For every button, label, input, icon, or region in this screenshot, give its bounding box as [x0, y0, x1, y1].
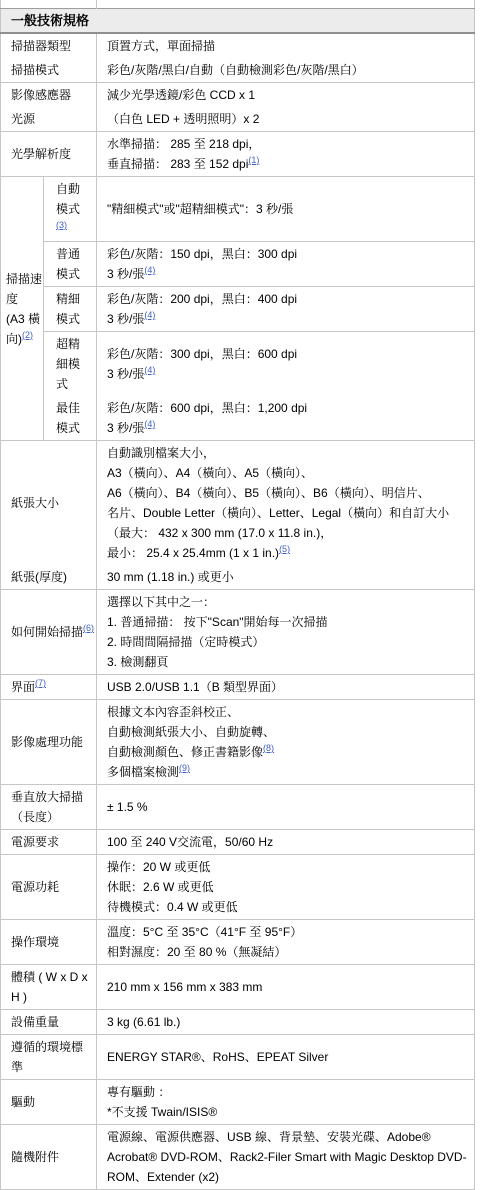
value-text: 彩色/灰階：150 dpi，黑白：300 dpi	[107, 247, 297, 261]
value-text: 30 mm (1.18 in.) 或更小	[107, 570, 234, 584]
value-text: 3. 檢測翻頁	[107, 655, 168, 669]
spec-row-power-consumption: 電源功耗 操作：20 W 或更低 休眠：2.6 W 或更低 待機模式：0.4 W…	[1, 855, 475, 920]
spec-value: 頂置方式，單面掃描	[97, 33, 475, 58]
value-text: 自動檢測紙張大小、自動旋轉、	[107, 725, 275, 739]
value-text: A3（橫向）、A4（橫向）、A5（橫向）、	[107, 466, 313, 480]
value-text: "精細模式"或"超精細模式"：3 秒/張	[107, 202, 293, 216]
spec-label: 掃描器類型	[1, 33, 97, 58]
value-line: A6（橫向）、B4（橫向）、B5（橫向）、B6（橫向）、明信片、	[107, 483, 472, 503]
value-line: 垂直掃描： 283 至 152 dpi(1)	[107, 154, 472, 174]
value-text: 3 秒/張	[107, 267, 144, 281]
value-text: （白色 LED + 透明照明）x 2	[107, 112, 259, 126]
value-text: 休眠：2.6 W 或更低	[107, 880, 214, 894]
label-text: 設備重量	[11, 1015, 59, 1029]
spec-row-how-to-scan: 如何開始掃描(6) 選擇以下其中之一： 1. 普通掃描： 按下"Scan"開始每…	[1, 590, 475, 675]
footnote-link-1[interactable]: (1)	[248, 155, 259, 165]
spec-row-light-source: 光源 （白色 LED + 透明照明）x 2	[1, 107, 475, 132]
label-text: 紙張(厚度)	[11, 570, 67, 584]
spec-row-weight: 設備重量 3 kg (6.61 lb.)	[1, 1010, 475, 1035]
value-line: 2. 時間間隔掃描（定時模式）	[107, 632, 472, 652]
footnote-link-2[interactable]: (2)	[22, 330, 33, 340]
value-line: 相對濕度：20 至 80 %（無凝結）	[107, 942, 472, 962]
spec-row-operating-environment: 操作環境 溫度：5°C 至 35°C（41°F 至 95°F） 相對濕度：20 …	[1, 920, 475, 965]
spec-row-driver: 驅動 專有驅動 ： *不支援 Twain/ISIS®	[1, 1080, 475, 1125]
value-text: 彩色/灰階/黑白/自動（自動檢測彩色/灰階/黑白）	[107, 63, 364, 77]
value-line: 自動檢測紙張大小、自動旋轉、	[107, 722, 472, 742]
value-line: *不支援 Twain/ISIS®	[107, 1102, 472, 1122]
value-line: 待機模式：0.4 W 或更低	[107, 897, 472, 917]
value-text: 垂直掃描： 283 至 152 dpi	[107, 157, 248, 171]
value-text: 多個檔案檢測	[107, 765, 179, 779]
speed-mode-label: 超精細模式	[44, 332, 97, 397]
label-text: 影像處理功能	[11, 735, 83, 749]
mode-text: 精細模式	[56, 292, 80, 326]
spec-label: 體積 ( W x D x H )	[1, 965, 97, 1010]
spec-label: 垂直放大掃描 （長度）	[1, 785, 97, 830]
footnote-link-4[interactable]: (4)	[144, 265, 155, 275]
spec-value: 3 kg (6.61 lb.)	[97, 1010, 475, 1035]
spec-label: 電源功耗	[1, 855, 97, 920]
footnote-link-3[interactable]: (3)	[56, 220, 67, 230]
spec-row-scan-speed-best: 最佳模式 彩色/灰階：600 dpi，黑白：1,200 dpi 3 秒/張(4)	[1, 396, 475, 441]
mode-text: 超精細模式	[56, 337, 80, 391]
spec-label: 驅動	[1, 1080, 97, 1125]
label-text: 驅動	[11, 1095, 35, 1109]
footnote-link-4[interactable]: (4)	[144, 310, 155, 320]
section-header: 一般技術規格	[1, 9, 475, 34]
spec-value: 彩色/灰階：600 dpi，黑白：1,200 dpi 3 秒/張(4)	[97, 396, 475, 441]
value-text: 電源線、電源供應器、USB 線、背景墊、安裝光碟、Adobe® Acrobat®…	[107, 1130, 467, 1184]
spec-label: 影像感應器	[1, 83, 97, 108]
label-line: (A3 橫向)(2)	[6, 309, 42, 349]
spec-label: 光學解析度	[1, 132, 97, 177]
spec-label: 掃描模式	[1, 58, 97, 83]
mode-text: 最佳模式	[56, 401, 80, 435]
spec-value: ENERGY STAR®、RoHS、EPEAT Silver	[97, 1035, 475, 1080]
value-line: 彩色/灰階：600 dpi，黑白：1,200 dpi	[107, 398, 472, 418]
value-text: 操作：20 W 或更低	[107, 860, 210, 874]
value-text: 自動檢測顏色、修正書籍影像	[107, 745, 263, 759]
value-text: A6（橫向）、B4（橫向）、B5（橫向）、B6（橫向）、明信片、	[107, 486, 430, 500]
spec-row-scan-speed-auto: 掃描速度 (A3 橫向)(2) 自動模式(3) "精細模式"或"超精細模式"：3…	[1, 177, 475, 242]
spec-value: 水準掃描： 285 至 218 dpi， 垂直掃描： 283 至 152 dpi…	[97, 132, 475, 177]
spec-row-optical-resolution: 光學解析度 水準掃描： 285 至 218 dpi， 垂直掃描： 283 至 1…	[1, 132, 475, 177]
value-line: 自動識別檔案大小，	[107, 443, 472, 463]
label-line: 掃描速度	[6, 269, 42, 309]
value-line: 彩色/灰階：300 dpi，黑白：600 dpi	[107, 344, 472, 364]
spec-value: 根據文本內容歪斜校正、 自動檢測紙張大小、自動旋轉、 自動檢測顏色、修正書籍影像…	[97, 700, 475, 785]
spec-value: 溫度：5°C 至 35°C（41°F 至 95°F） 相對濕度：20 至 80 …	[97, 920, 475, 965]
footnote-link-5[interactable]: (5)	[279, 544, 290, 554]
spec-label: 界面(7)	[1, 675, 97, 700]
value-line: 彩色/灰階：150 dpi，黑白：300 dpi	[107, 244, 472, 264]
value-text: 210 mm x 156 mm x 383 mm	[107, 980, 262, 994]
value-text: ENERGY STAR®、RoHS、EPEAT Silver	[107, 1050, 328, 1064]
value-line: 3 秒/張(4)	[107, 264, 472, 284]
value-line: 彩色/灰階：200 dpi，黑白：400 dpi	[107, 289, 472, 309]
spec-row-scan-speed-fine: 精細模式 彩色/灰階：200 dpi，黑白：400 dpi 3 秒/張(4)	[1, 287, 475, 332]
value-text: 彩色/灰階：600 dpi，黑白：1,200 dpi	[107, 401, 307, 415]
value-line: 專有驅動 ：	[107, 1082, 472, 1102]
value-text: 自動識別檔案大小，	[107, 446, 215, 460]
section-header-text: 一般技術規格	[11, 13, 89, 28]
value-text: ± 1.5 %	[107, 800, 148, 814]
spec-value: "精細模式"或"超精細模式"：3 秒/張	[97, 177, 475, 242]
value-line: 3 秒/張(4)	[107, 309, 472, 329]
label-text: H )	[11, 990, 27, 1004]
label-line: 如何開始掃描(6)	[11, 625, 94, 639]
spec-row-image-sensor: 影像感應器 減少光學透鏡/彩色 CCD x 1	[1, 83, 475, 108]
footnote-link-4[interactable]: (4)	[144, 419, 155, 429]
spec-row-accessories: 隨機附件 電源線、電源供應器、USB 線、背景墊、安裝光碟、Adobe® Acr…	[1, 1125, 475, 1190]
spec-row-environmental-standards: 遵循的環境標準 ENERGY STAR®、RoHS、EPEAT Silver	[1, 1035, 475, 1080]
mode-text: 普通模式	[56, 247, 80, 281]
footnote-link-8[interactable]: (8)	[263, 743, 274, 753]
label-text: 掃描模式	[11, 63, 59, 77]
value-text: 3 kg (6.61 lb.)	[107, 1015, 180, 1029]
value-text: 水準掃描： 285 至 218 dpi，	[107, 137, 260, 151]
spec-value: 減少光學透鏡/彩色 CCD x 1	[97, 83, 475, 108]
label-text: 影像感應器	[11, 88, 71, 102]
value-text: 相對濕度：20 至 80 %（無凝結）	[107, 945, 286, 959]
label-line: （長度）	[11, 807, 94, 827]
label-text: (A3 橫向)	[6, 312, 40, 346]
value-line: 名片、Double Letter（橫向）、Letter、Legal（橫向）和自訂…	[107, 503, 472, 543]
value-text: 100 至 240 V交流電，50/60 Hz	[107, 835, 273, 849]
speed-mode-label: 普通模式	[44, 242, 97, 287]
label-text: 光學解析度	[11, 147, 71, 161]
previous-row-label-cell	[1, 0, 97, 9]
label-line: H )	[11, 987, 94, 1007]
spec-value: 100 至 240 V交流電，50/60 Hz	[97, 830, 475, 855]
speed-mode-label: 精細模式	[44, 287, 97, 332]
label-text: 光源	[11, 112, 35, 126]
spec-value: 彩色/灰階/黑白/自動（自動檢測彩色/灰階/黑白）	[97, 58, 475, 83]
value-text: 2. 時間間隔掃描（定時模式）	[107, 635, 264, 649]
value-line: 3 秒/張(4)	[107, 364, 472, 384]
value-text: 減少光學透鏡/彩色 CCD x 1	[107, 88, 255, 102]
value-line: 1. 普通掃描： 按下"Scan"開始每一次掃描	[107, 612, 472, 632]
label-line: 體積 ( W x D x	[11, 967, 94, 987]
spec-value: （白色 LED + 透明照明）x 2	[97, 107, 475, 132]
spec-label: 遵循的環境標準	[1, 1035, 97, 1080]
label-line: 界面(7)	[11, 680, 46, 694]
value-text: *不支援 Twain/ISIS®	[107, 1105, 217, 1119]
label-text: （長度）	[11, 810, 59, 824]
spec-value: 彩色/灰階：150 dpi，黑白：300 dpi 3 秒/張(4)	[97, 242, 475, 287]
label-text: 垂直放大掃描	[11, 790, 83, 804]
value-text: 名片、Double Letter（橫向）、Letter、Legal（橫向）和自訂…	[107, 506, 449, 540]
previous-row-value-cell	[97, 0, 475, 9]
spec-value: 專有驅動 ： *不支援 Twain/ISIS®	[97, 1080, 475, 1125]
spec-label: 隨機附件	[1, 1125, 97, 1190]
spec-row-paper-thickness: 紙張(厚度) 30 mm (1.18 in.) 或更小	[1, 565, 475, 590]
value-text: 最小： 25.4 x 25.4mm (1 x 1 in.)	[107, 546, 279, 560]
value-text: 選擇以下其中之一：	[107, 595, 215, 609]
spec-row-scan-mode: 掃描模式 彩色/灰階/黑白/自動（自動檢測彩色/灰階/黑白）	[1, 58, 475, 83]
spec-label: 操作環境	[1, 920, 97, 965]
spec-value: 選擇以下其中之一： 1. 普通掃描： 按下"Scan"開始每一次掃描 2. 時間…	[97, 590, 475, 675]
speed-mode-label: 自動模式(3)	[44, 177, 97, 242]
label-text: 如何開始掃描	[11, 625, 83, 639]
spec-label: 光源	[1, 107, 97, 132]
footnote-link-6[interactable]: (6)	[83, 623, 94, 633]
label-text: 電源功耗	[11, 880, 59, 894]
label-text: 體積 ( W x D x	[11, 970, 88, 984]
spec-row-scanner-type: 掃描器類型 頂置方式，單面掃描	[1, 33, 475, 58]
value-line: 溫度：5°C 至 35°C（41°F 至 95°F）	[107, 922, 472, 942]
value-text: 待機模式：0.4 W 或更低	[107, 900, 238, 914]
value-line: A3（橫向）、A4（橫向）、A5（橫向）、	[107, 463, 472, 483]
spec-value: 彩色/灰階：200 dpi，黑白：400 dpi 3 秒/張(4)	[97, 287, 475, 332]
spec-label: 紙張(厚度)	[1, 565, 97, 590]
value-text: 1. 普通掃描： 按下"Scan"開始每一次掃描	[107, 615, 328, 629]
footnote-link-4[interactable]: (4)	[144, 365, 155, 375]
spec-row-scan-speed-normal: 普通模式 彩色/灰階：150 dpi，黑白：300 dpi 3 秒/張(4)	[1, 242, 475, 287]
speed-mode-label: 最佳模式	[44, 396, 97, 441]
footnote-link-7[interactable]: (7)	[35, 678, 46, 688]
spec-value: 彩色/灰階：300 dpi，黑白：600 dpi 3 秒/張(4)	[97, 332, 475, 397]
value-text: USB 2.0/USB 1.1（B 類型界面）	[107, 680, 283, 694]
previous-row-sliver	[1, 0, 475, 9]
mode-text: 自動模式	[56, 182, 80, 216]
spec-value: USB 2.0/USB 1.1（B 類型界面）	[97, 675, 475, 700]
label-text: 界面	[11, 680, 35, 694]
value-text: 3 秒/張	[107, 421, 144, 435]
value-line: 3 秒/張(4)	[107, 418, 472, 438]
label-text: 紙張大小	[11, 496, 59, 510]
value-text: 彩色/灰階：200 dpi，黑白：400 dpi	[107, 292, 297, 306]
value-text: 頂置方式，單面掃描	[107, 39, 215, 53]
label-text: 操作環境	[11, 935, 59, 949]
value-line: 選擇以下其中之一：	[107, 592, 472, 612]
spec-label: 紙張大小	[1, 441, 97, 566]
value-text: 溫度：5°C 至 35°C（41°F 至 95°F）	[107, 925, 302, 939]
value-line: 3. 檢測翻頁	[107, 652, 472, 672]
spec-label: 影像處理功能	[1, 700, 97, 785]
value-text: 彩色/灰階：300 dpi，黑白：600 dpi	[107, 347, 297, 361]
label-text: 掃描器類型	[11, 39, 71, 53]
spec-label: 電源要求	[1, 830, 97, 855]
spec-value: 操作：20 W 或更低 休眠：2.6 W 或更低 待機模式：0.4 W 或更低	[97, 855, 475, 920]
spec-label-scan-speed: 掃描速度 (A3 橫向)(2)	[1, 177, 44, 441]
value-line: 根據文本內容歪斜校正、	[107, 702, 472, 722]
value-line: 休眠：2.6 W 或更低	[107, 877, 472, 897]
spec-value: 電源線、電源供應器、USB 線、背景墊、安裝光碟、Adobe® Acrobat®…	[97, 1125, 475, 1190]
footnote-link-9[interactable]: (9)	[179, 763, 190, 773]
value-text: 3 秒/張	[107, 367, 144, 381]
spec-row-scan-speed-superfine: 超精細模式 彩色/灰階：300 dpi，黑白：600 dpi 3 秒/張(4)	[1, 332, 475, 397]
value-line: 操作：20 W 或更低	[107, 857, 472, 877]
value-text: 專有驅動 ：	[107, 1085, 170, 1099]
spec-label: 設備重量	[1, 1010, 97, 1035]
value-line: 最小： 25.4 x 25.4mm (1 x 1 in.)(5)	[107, 543, 472, 563]
spec-value: ± 1.5 %	[97, 785, 475, 830]
spec-table: 一般技術規格 掃描器類型 頂置方式，單面掃描 掃描模式 彩色/灰階/黑白/自動（…	[0, 0, 475, 1190]
value-line: 自動檢測顏色、修正書籍影像(8)	[107, 742, 472, 762]
spec-value: 210 mm x 156 mm x 383 mm	[97, 965, 475, 1010]
value-text: 3 秒/張	[107, 312, 144, 326]
spec-row-power-requirements: 電源要求 100 至 240 V交流電，50/60 Hz	[1, 830, 475, 855]
section-header-row: 一般技術規格	[1, 9, 475, 34]
spec-value: 30 mm (1.18 in.) 或更小	[97, 565, 475, 590]
spec-row-image-processing: 影像處理功能 根據文本內容歪斜校正、 自動檢測紙張大小、自動旋轉、 自動檢測顏色…	[1, 700, 475, 785]
spec-row-paper-size: 紙張大小 自動識別檔案大小， A3（橫向）、A4（橫向）、A5（橫向）、 A6（…	[1, 441, 475, 566]
label-line: 垂直放大掃描	[11, 787, 94, 807]
spec-value: 自動識別檔案大小， A3（橫向）、A4（橫向）、A5（橫向）、 A6（橫向）、B…	[97, 441, 475, 566]
value-text: 根據文本內容歪斜校正、	[107, 705, 239, 719]
spec-row-dimensions: 體積 ( W x D x H ) 210 mm x 156 mm x 383 m…	[1, 965, 475, 1010]
spec-row-interface: 界面(7) USB 2.0/USB 1.1（B 類型界面）	[1, 675, 475, 700]
value-line: 水準掃描： 285 至 218 dpi，	[107, 134, 472, 154]
label-text: 遵循的環境標準	[11, 1040, 83, 1074]
spec-row-vertical-magnification: 垂直放大掃描 （長度） ± 1.5 %	[1, 785, 475, 830]
label-text: 隨機附件	[11, 1150, 59, 1164]
label-text: 掃描速度	[6, 272, 42, 306]
label-text: 電源要求	[11, 835, 59, 849]
value-line: 多個檔案檢測(9)	[107, 762, 472, 782]
spec-label: 如何開始掃描(6)	[1, 590, 97, 675]
